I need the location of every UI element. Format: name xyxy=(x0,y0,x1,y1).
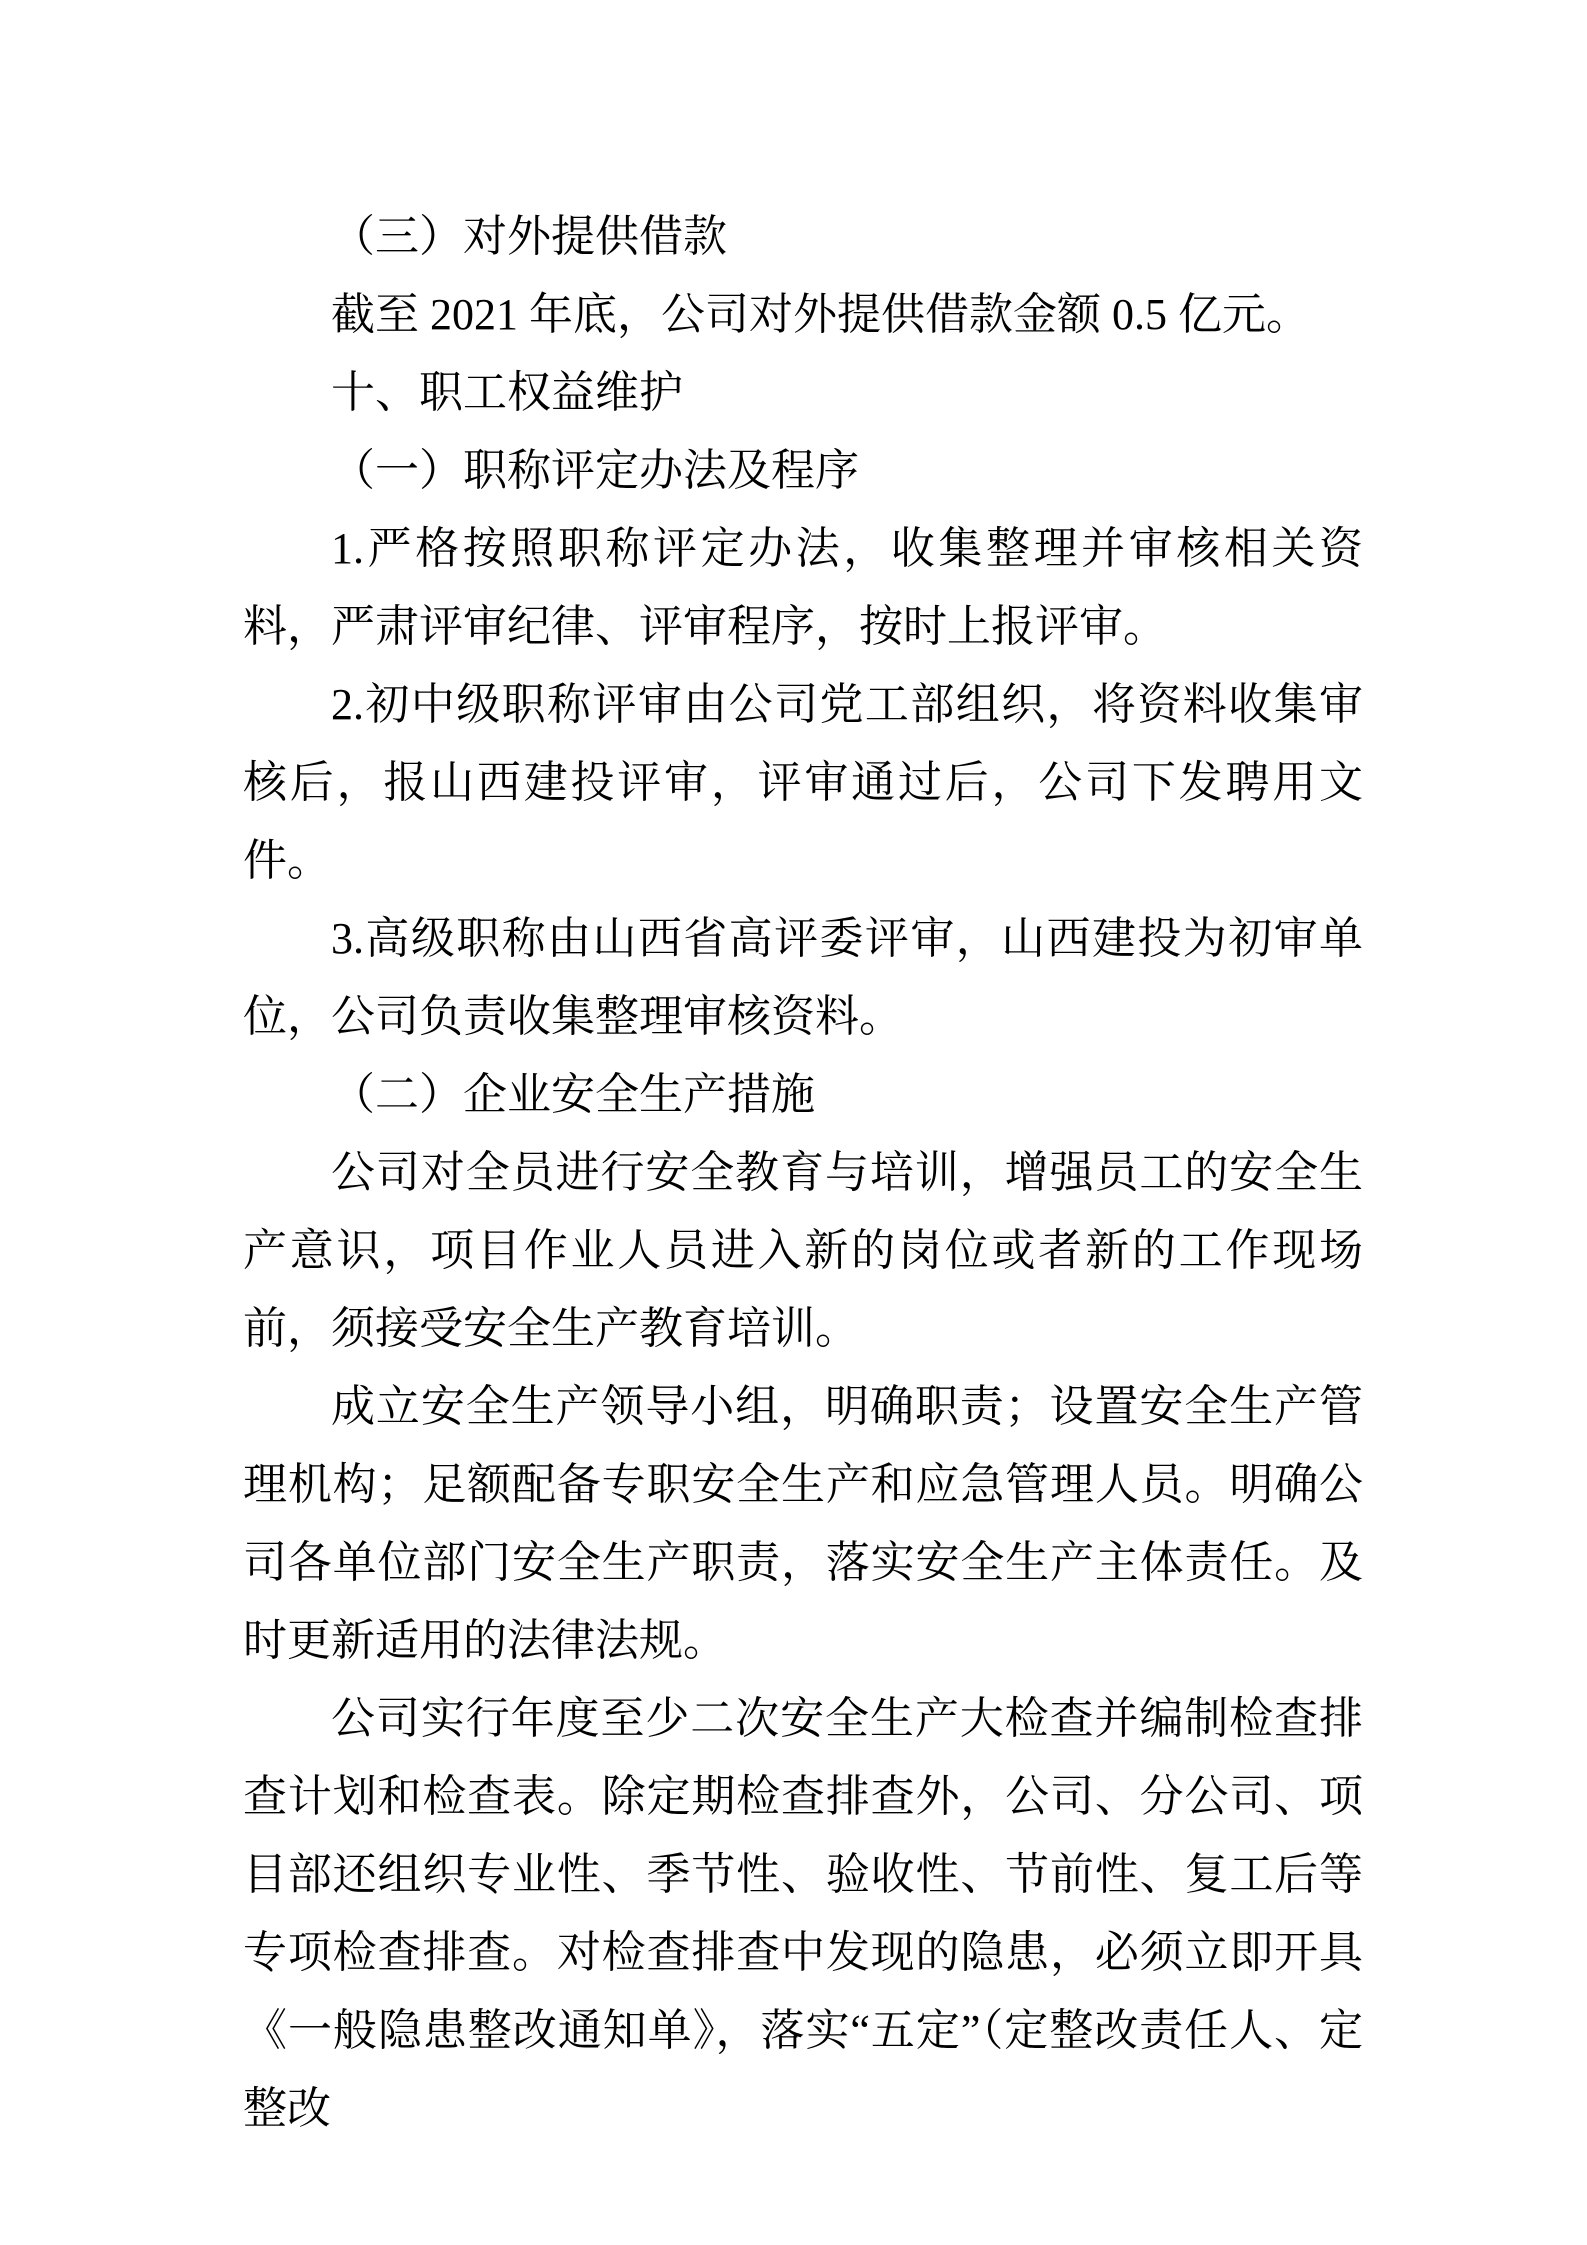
document-body: （三）对外提供借款 截至 2021 年底，公司对外提供借款金额 0.5 亿元。 … xyxy=(243,198,1363,2148)
heading-section-1-title-evaluation: （一）职称评定办法及程序 xyxy=(243,432,1363,510)
paragraph-loan-amount: 截至 2021 年底，公司对外提供借款金额 0.5 亿元。 xyxy=(243,276,1363,354)
paragraph-safety-organization: 成立安全生产领导小组，明确职责；设置安全生产管理机构；足额配备专职安全生产和应急… xyxy=(243,1368,1363,1680)
heading-chapter-10-employee-rights: 十、职工权益维护 xyxy=(243,354,1363,432)
paragraph-title-evaluation-item-1: 1.严格按照职称评定办法，收集整理并审核相关资料，严肃评审纪律、评审程序，按时上… xyxy=(243,510,1363,666)
paragraph-safety-training: 公司对全员进行安全教育与培训，增强员工的安全生产意识，项目作业人员进入新的岗位或… xyxy=(243,1134,1363,1368)
heading-section-2-safety-production: （二）企业安全生产措施 xyxy=(243,1056,1363,1134)
heading-section-3-external-loans: （三）对外提供借款 xyxy=(243,198,1363,276)
document-page: （三）对外提供借款 截至 2021 年底，公司对外提供借款金额 0.5 亿元。 … xyxy=(0,0,1587,2245)
paragraph-safety-inspection: 公司实行年度至少二次安全生产大检查并编制检查排查计划和检查表。除定期检查排查外，… xyxy=(243,1680,1363,2148)
paragraph-title-evaluation-item-3: 3.高级职称由山西省高评委评审，山西建投为初审单位，公司负责收集整理审核资料。 xyxy=(243,900,1363,1056)
paragraph-title-evaluation-item-2: 2.初中级职称评审由公司党工部组织，将资料收集审核后，报山西建投评审，评审通过后… xyxy=(243,666,1363,900)
